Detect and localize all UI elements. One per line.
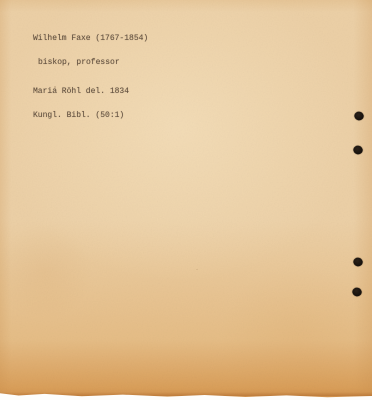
- paper-speck: [196, 269, 198, 270]
- person-name-line: Wilhelm Faxe (1767-1854): [33, 35, 148, 43]
- person-title-line: biskop, professor: [38, 59, 148, 67]
- paper-speck: [54, 86, 56, 88]
- library-source-line: Kungl. Bibl. (50:1): [33, 112, 148, 120]
- typewritten-text-block: Wilhelm Faxe (1767-1854) biskop, profess…: [33, 19, 148, 136]
- artist-attribution-line: Maria Röhl del. 1834: [33, 88, 148, 96]
- scanned-card: Wilhelm Faxe (1767-1854) biskop, profess…: [0, 0, 372, 400]
